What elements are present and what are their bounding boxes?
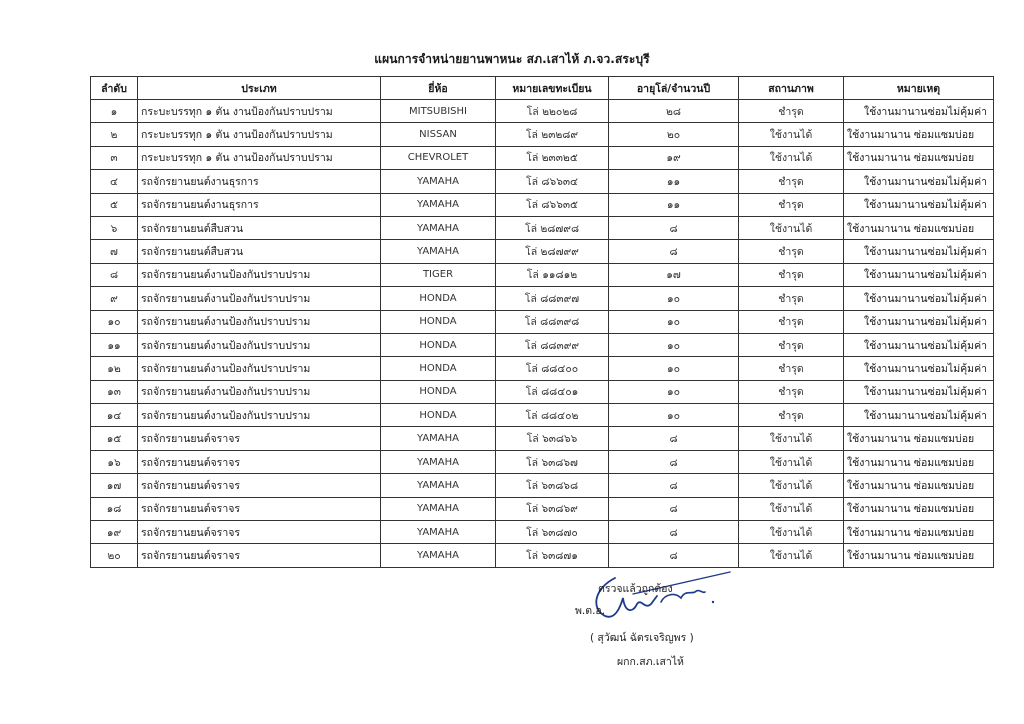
table-row: ๔รถจักรยานยนต์งานธุรการYAMAHAโล่ ๘๖๖๓๔๑๑… <box>91 170 994 193</box>
cell-no: ๑๘ <box>91 497 138 520</box>
cell-brand: CHEVROLET <box>381 146 496 169</box>
cell-age: ๑๐ <box>609 357 739 380</box>
cell-status: ชำรุด <box>739 240 844 263</box>
cell-status: ใช้งานได้ <box>739 146 844 169</box>
cell-type: รถจักรยานยนต์จราจร <box>138 427 381 450</box>
cell-no: ๑๕ <box>91 427 138 450</box>
cell-plate: โล่ ๒๓๒๘๙ <box>496 123 609 146</box>
cell-remark: ใช้งานมานาน ซ่อมแซมบ่อย <box>844 521 994 544</box>
cell-plate: โล่ ๘๘๓๙๗ <box>496 287 609 310</box>
cell-status: ใช้งานได้ <box>739 450 844 473</box>
cell-age: ๘ <box>609 474 739 497</box>
cell-brand: HONDA <box>381 310 496 333</box>
cell-remark: ใช้งานมานานซ่อมไม่คุ้มค่า <box>844 100 994 123</box>
cell-type: รถจักรยานยนต์งานป้องกันปราบปราม <box>138 357 381 380</box>
cell-remark: ใช้งานมานานซ่อมไม่คุ้มค่า <box>844 357 994 380</box>
cell-age: ๘ <box>609 497 739 520</box>
cell-type: รถจักรยานยนต์งานป้องกันปราบปราม <box>138 380 381 403</box>
cell-plate: โล่ ๖๓๘๖๖ <box>496 427 609 450</box>
cell-plate: โล่ ๖๓๘๖๗ <box>496 450 609 473</box>
cell-status: ใช้งานได้ <box>739 427 844 450</box>
signature-scribble <box>585 568 735 628</box>
cell-no: ๑๗ <box>91 474 138 497</box>
cell-brand: YAMAHA <box>381 170 496 193</box>
cell-brand: YAMAHA <box>381 521 496 544</box>
vehicle-disposal-table: ลำดับ ประเภท ยี่ห้อ หมายเลขทะเบียน อายุโ… <box>90 76 994 568</box>
table-row: ๓กระบะบรรทุก ๑ ตัน งานป้องกันปราบปรามCHE… <box>91 146 994 169</box>
cell-no: ๘ <box>91 263 138 286</box>
cell-plate: โล่ ๘๘๔๐๐ <box>496 357 609 380</box>
cell-status: ชำรุด <box>739 404 844 427</box>
table-row: ๑๕รถจักรยานยนต์จราจรYAMAHAโล่ ๖๓๘๖๖๘ใช้ง… <box>91 427 994 450</box>
cell-plate: โล่ ๖๓๘๗๑ <box>496 544 609 567</box>
cell-plate: โล่ ๒๘๗๙๘ <box>496 216 609 239</box>
cell-remark: ใช้งานมานานซ่อมไม่คุ้มค่า <box>844 263 994 286</box>
cell-status: ชำรุด <box>739 193 844 216</box>
cell-no: ๙ <box>91 287 138 310</box>
cell-remark: ใช้งานมานานซ่อมไม่คุ้มค่า <box>844 310 994 333</box>
table-row: ๑๗รถจักรยานยนต์จราจรYAMAHAโล่ ๖๓๘๖๘๘ใช้ง… <box>91 474 994 497</box>
table-row: ๑๓รถจักรยานยนต์งานป้องกันปราบปรามHONDAโล… <box>91 380 994 403</box>
cell-brand: YAMAHA <box>381 474 496 497</box>
cell-plate: โล่ ๖๓๘๗๐ <box>496 521 609 544</box>
table-row: ๙รถจักรยานยนต์งานป้องกันปราบปรามHONDAโล่… <box>91 287 994 310</box>
cell-brand: YAMAHA <box>381 193 496 216</box>
cell-brand: YAMAHA <box>381 450 496 473</box>
signer-position: ผกก.สภ.เสาไห้ <box>617 653 684 670</box>
table-header-row: ลำดับ ประเภท ยี่ห้อ หมายเลขทะเบียน อายุโ… <box>91 77 994 100</box>
cell-status: ใช้งานได้ <box>739 544 844 567</box>
cell-status: ใช้งานได้ <box>739 497 844 520</box>
cell-brand: YAMAHA <box>381 544 496 567</box>
cell-remark: ใช้งานมานาน ซ่อมแซมบ่อย <box>844 450 994 473</box>
cell-status: ใช้งานได้ <box>739 216 844 239</box>
cell-brand: YAMAHA <box>381 240 496 263</box>
cell-brand: HONDA <box>381 287 496 310</box>
cell-age: ๑๙ <box>609 146 739 169</box>
cell-remark: ใช้งานมานานซ่อมไม่คุ้มค่า <box>844 333 994 356</box>
cell-status: ใช้งานได้ <box>739 521 844 544</box>
cell-no: ๒๐ <box>91 544 138 567</box>
cell-no: ๔ <box>91 170 138 193</box>
cell-plate: โล่ ๘๖๖๓๔ <box>496 170 609 193</box>
cell-plate: โล่ ๘๖๖๓๕ <box>496 193 609 216</box>
cell-no: ๑๙ <box>91 521 138 544</box>
cell-brand: NISSAN <box>381 123 496 146</box>
cell-remark: ใช้งานมานาน ซ่อมแซมบ่อย <box>844 474 994 497</box>
cell-no: ๑๑ <box>91 333 138 356</box>
header-plate: หมายเลขทะเบียน <box>496 77 609 100</box>
cell-remark: ใช้งานมานานซ่อมไม่คุ้มค่า <box>844 170 994 193</box>
cell-age: ๘ <box>609 544 739 567</box>
cell-no: ๑๐ <box>91 310 138 333</box>
cell-age: ๘ <box>609 521 739 544</box>
cell-no: ๓ <box>91 146 138 169</box>
cell-age: ๒๘ <box>609 100 739 123</box>
table-body: ๑กระบะบรรทุก ๑ ตัน งานป้องกันปราบปรามMIT… <box>91 100 994 568</box>
cell-type: รถจักรยานยนต์งานป้องกันปราบปราม <box>138 310 381 333</box>
cell-status: ชำรุด <box>739 357 844 380</box>
table-row: ๑๘รถจักรยานยนต์จราจรYAMAHAโล่ ๖๓๘๖๙๘ใช้ง… <box>91 497 994 520</box>
cell-age: ๘ <box>609 450 739 473</box>
cell-remark: ใช้งานมานาน ซ่อมแซมบ่อย <box>844 497 994 520</box>
cell-remark: ใช้งานมานานซ่อมไม่คุ้มค่า <box>844 404 994 427</box>
cell-remark: ใช้งานมานาน ซ่อมแซมบ่อย <box>844 544 994 567</box>
cell-type: รถจักรยานยนต์จราจร <box>138 474 381 497</box>
cell-plate: โล่ ๘๘๓๙๙ <box>496 333 609 356</box>
header-status: สถานภาพ <box>739 77 844 100</box>
table-row: ๕รถจักรยานยนต์งานธุรการYAMAHAโล่ ๘๖๖๓๕๑๑… <box>91 193 994 216</box>
cell-age: ๘ <box>609 216 739 239</box>
table-row: ๑กระบะบรรทุก ๑ ตัน งานป้องกันปราบปรามMIT… <box>91 100 994 123</box>
cell-status: ชำรุด <box>739 310 844 333</box>
cell-type: รถจักรยานยนต์งานธุรการ <box>138 193 381 216</box>
cell-remark: ใช้งานมานาน ซ่อมแซมบ่อย <box>844 123 994 146</box>
cell-age: ๑๐ <box>609 310 739 333</box>
cell-brand: HONDA <box>381 404 496 427</box>
cell-age: ๑๐ <box>609 380 739 403</box>
cell-no: ๑๒ <box>91 357 138 380</box>
cell-no: ๖ <box>91 216 138 239</box>
cell-brand: YAMAHA <box>381 427 496 450</box>
table-row: ๘รถจักรยานยนต์งานป้องกันปราบปรามTIGERโล่… <box>91 263 994 286</box>
cell-brand: YAMAHA <box>381 216 496 239</box>
cell-age: ๘ <box>609 240 739 263</box>
cell-type: รถจักรยานยนต์งานธุรการ <box>138 170 381 193</box>
cell-type: รถจักรยานยนต์จราจร <box>138 497 381 520</box>
cell-plate: โล่ ๘๘๓๙๘ <box>496 310 609 333</box>
cell-status: ชำรุด <box>739 380 844 403</box>
cell-remark: ใช้งานมานานซ่อมไม่คุ้มค่า <box>844 287 994 310</box>
table-row: ๑๐รถจักรยานยนต์งานป้องกันปราบปรามHONDAโล… <box>91 310 994 333</box>
cell-no: ๑๔ <box>91 404 138 427</box>
cell-brand: HONDA <box>381 380 496 403</box>
table-row: ๑๙รถจักรยานยนต์จราจรYAMAHAโล่ ๖๓๘๗๐๘ใช้ง… <box>91 521 994 544</box>
cell-type: รถจักรยานยนต์งานป้องกันปราบปราม <box>138 404 381 427</box>
cell-plate: โล่ ๒๘๗๙๙ <box>496 240 609 263</box>
cell-age: ๒๐ <box>609 123 739 146</box>
table-row: ๑๔รถจักรยานยนต์งานป้องกันปราบปรามHONDAโล… <box>91 404 994 427</box>
cell-no: ๒ <box>91 123 138 146</box>
cell-type: กระบะบรรทุก ๑ ตัน งานป้องกันปราบปราม <box>138 123 381 146</box>
cell-no: ๗ <box>91 240 138 263</box>
cell-no: ๑๓ <box>91 380 138 403</box>
cell-plate: โล่ ๖๓๘๖๘ <box>496 474 609 497</box>
cell-brand: YAMAHA <box>381 497 496 520</box>
cell-type: รถจักรยานยนต์งานป้องกันปราบปราม <box>138 263 381 286</box>
cell-age: ๑๑ <box>609 193 739 216</box>
cell-brand: HONDA <box>381 357 496 380</box>
cell-type: รถจักรยานยนต์สืบสวน <box>138 240 381 263</box>
header-type: ประเภท <box>138 77 381 100</box>
cell-type: รถจักรยานยนต์งานป้องกันปราบปราม <box>138 287 381 310</box>
cell-no: ๑๖ <box>91 450 138 473</box>
cell-remark: ใช้งานมานานซ่อมไม่คุ้มค่า <box>844 193 994 216</box>
cell-type: กระบะบรรทุก ๑ ตัน งานป้องกันปราบปราม <box>138 146 381 169</box>
cell-remark: ใช้งานมานาน ซ่อมแซมบ่อย <box>844 427 994 450</box>
table-row: ๗รถจักรยานยนต์สืบสวนYAMAHAโล่ ๒๘๗๙๙๘ชำรุ… <box>91 240 994 263</box>
cell-plate: โล่ ๑๑๘๑๒ <box>496 263 609 286</box>
cell-status: ชำรุด <box>739 170 844 193</box>
cell-status: ใช้งานได้ <box>739 123 844 146</box>
header-age: อายุโล่/จำนวนปี <box>609 77 739 100</box>
document-title: แผนการจำหน่ายยานพาหนะ สภ.เสาไห้ ภ.จว.สระ… <box>0 50 1024 69</box>
table-row: ๑๖รถจักรยานยนต์จราจรYAMAHAโล่ ๖๓๘๖๗๘ใช้ง… <box>91 450 994 473</box>
cell-brand: TIGER <box>381 263 496 286</box>
cell-age: ๑๗ <box>609 263 739 286</box>
cell-plate: โล่ ๖๓๘๖๙ <box>496 497 609 520</box>
cell-plate: โล่ ๘๘๔๐๑ <box>496 380 609 403</box>
cell-remark: ใช้งานมานาน ซ่อมแซมบ่อย <box>844 146 994 169</box>
cell-status: ชำรุด <box>739 333 844 356</box>
table-row: ๑๑รถจักรยานยนต์งานป้องกันปราบปรามHONDAโล… <box>91 333 994 356</box>
cell-age: ๑๐ <box>609 333 739 356</box>
cell-age: ๘ <box>609 427 739 450</box>
cell-type: รถจักรยานยนต์จราจร <box>138 450 381 473</box>
cell-plate: โล่ ๒๓๓๒๕ <box>496 146 609 169</box>
cell-age: ๑๑ <box>609 170 739 193</box>
table-row: ๖รถจักรยานยนต์สืบสวนYAMAHAโล่ ๒๘๗๙๘๘ใช้ง… <box>91 216 994 239</box>
cell-type: รถจักรยานยนต์งานป้องกันปราบปราม <box>138 333 381 356</box>
cell-plate: โล่ ๘๘๔๐๒ <box>496 404 609 427</box>
cell-remark: ใช้งานมานานซ่อมไม่คุ้มค่า <box>844 240 994 263</box>
signer-name: ( สุวัฒน์ ฉัตรเจริญพร ) <box>590 629 694 646</box>
header-remark: หมายเหตุ <box>844 77 994 100</box>
cell-type: รถจักรยานยนต์จราจร <box>138 521 381 544</box>
cell-remark: ใช้งานมานานซ่อมไม่คุ้มค่า <box>844 380 994 403</box>
cell-no: ๑ <box>91 100 138 123</box>
cell-type: กระบะบรรทุก ๑ ตัน งานป้องกันปราบปราม <box>138 100 381 123</box>
header-brand: ยี่ห้อ <box>381 77 496 100</box>
table-row: ๑๒รถจักรยานยนต์งานป้องกันปราบปรามHONDAโล… <box>91 357 994 380</box>
cell-plate: โล่ ๒๒๐๒๘ <box>496 100 609 123</box>
cell-status: ชำรุด <box>739 287 844 310</box>
cell-no: ๕ <box>91 193 138 216</box>
cell-status: ชำรุด <box>739 100 844 123</box>
cell-age: ๑๐ <box>609 287 739 310</box>
cell-status: ชำรุด <box>739 263 844 286</box>
cell-brand: HONDA <box>381 333 496 356</box>
table-row: ๒๐รถจักรยานยนต์จราจรYAMAHAโล่ ๖๓๘๗๑๘ใช้ง… <box>91 544 994 567</box>
signer-rank: พ.ต.อ. <box>575 602 605 619</box>
cell-type: รถจักรยานยนต์จราจร <box>138 544 381 567</box>
table-row: ๒กระบะบรรทุก ๑ ตัน งานป้องกันปราบปรามNIS… <box>91 123 994 146</box>
header-no: ลำดับ <box>91 77 138 100</box>
cell-brand: MITSUBISHI <box>381 100 496 123</box>
verified-text: ตรวจแล้วถูกต้อง <box>598 580 673 597</box>
cell-remark: ใช้งานมานาน ซ่อมแซมบ่อย <box>844 216 994 239</box>
cell-type: รถจักรยานยนต์สืบสวน <box>138 216 381 239</box>
cell-age: ๑๐ <box>609 404 739 427</box>
cell-status: ใช้งานได้ <box>739 474 844 497</box>
